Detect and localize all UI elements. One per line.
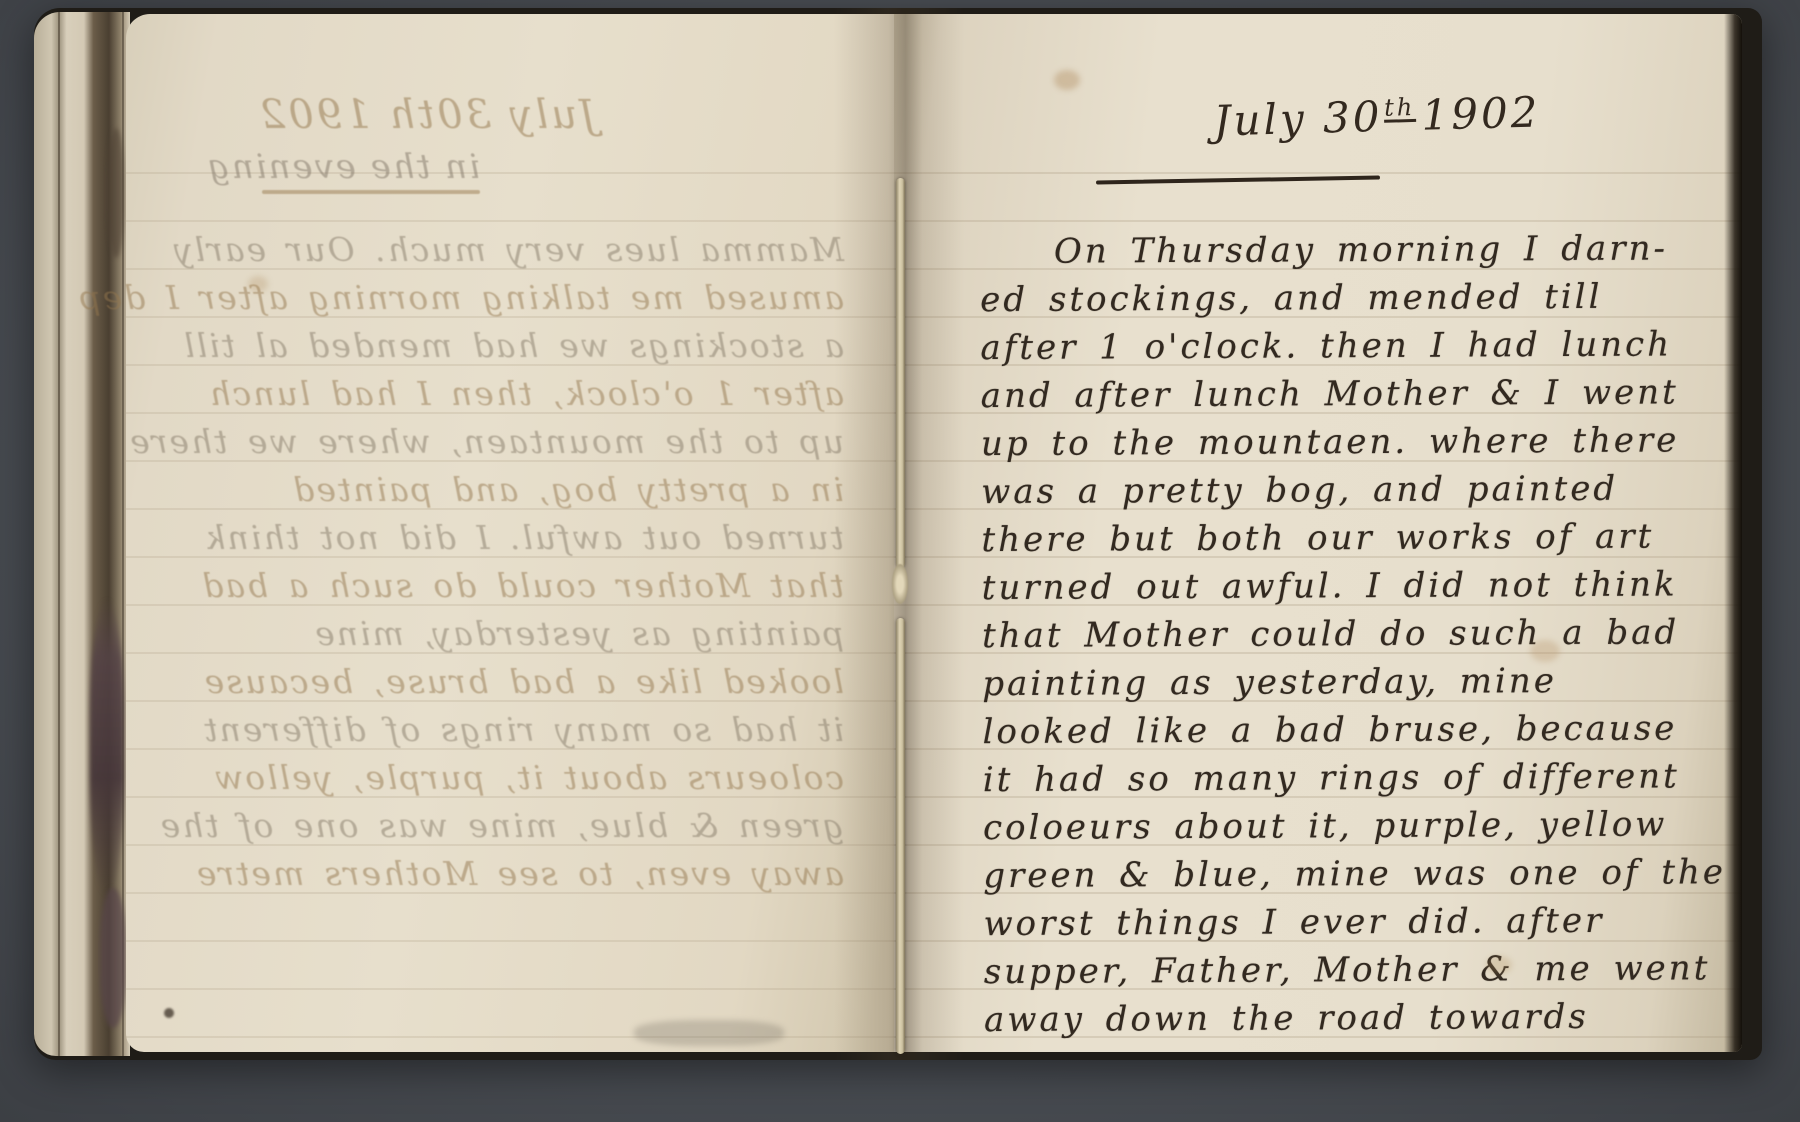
entry-line: painting as yesterday, mine <box>982 656 1782 708</box>
scanned-diary-photo: July 30th 1902 in the evening Mamma lues… <box>0 0 1800 1122</box>
ink-smudge <box>100 888 126 1028</box>
ghost-line: painting as yesterday, mine <box>120 610 884 658</box>
ghost-underline <box>262 190 480 194</box>
entry-date-ordinal: th <box>1384 95 1416 123</box>
entry-line: worst things I ever did. after <box>983 896 1783 948</box>
binding-thread-knot <box>892 564 908 604</box>
entry-line: after 1 o'clock. then I had lunch <box>980 320 1780 372</box>
ghost-line: in a pretty bog, and painted <box>120 466 884 514</box>
ghost-line: after 1 o'clock, then I had lunch <box>120 370 884 418</box>
entry-line: On Thursday morning I darn- <box>980 224 1780 276</box>
foxing-spot <box>1054 70 1080 90</box>
ghost-text-block: Mamma lues very much. Our early amused m… <box>120 226 884 898</box>
ghost-heading: July 30th 1902 <box>120 92 884 138</box>
ghost-subheading: in the evening <box>120 138 884 190</box>
entry-line: coloeurs about it, purple, yellow <box>983 800 1783 852</box>
page-edge-line <box>58 12 60 1056</box>
notebook: July 30th 1902 in the evening Mamma lues… <box>34 8 1762 1060</box>
entry-line: turned out awful. I did not think <box>982 560 1782 612</box>
entry-line: was a pretty bog, and painted <box>981 464 1781 516</box>
ink-speck <box>164 1008 174 1018</box>
entry-date-year: 1902 <box>1421 87 1541 139</box>
entry-line: up to the mountaen. where there <box>981 416 1781 468</box>
ink-smudge <box>90 598 124 898</box>
entry-line: there but both our works of art <box>981 512 1781 564</box>
foxing-spot <box>248 276 268 292</box>
entry-line: that Mother could do such a bad <box>982 608 1782 660</box>
entry-date-day: July 30 <box>1213 92 1383 146</box>
ghost-line: coloeurs about it, purple, yellow <box>120 754 884 802</box>
ghost-text-header: July 30th 1902 in the evening <box>120 92 884 194</box>
binding-thread-bottom <box>896 618 905 1054</box>
ghost-line: it had so many rings of different <box>120 706 884 754</box>
ghost-line: Mamma lues very much. Our early <box>120 226 884 274</box>
ghost-line: a stockings we had mended al till <box>120 322 884 370</box>
ghost-line: up to the mountaen, where we there <box>120 418 884 466</box>
entry-line: ed stockings, and mended till <box>980 272 1780 324</box>
entry-heading-row: July 30th1902 <box>982 89 1772 144</box>
ghost-line: away even, to see Mothers metre <box>120 850 884 898</box>
entry-line: and after lunch Mother & I went <box>981 368 1781 420</box>
binding-thread-top <box>896 178 905 568</box>
ghost-line: green & blue, mine was one of the <box>120 802 884 850</box>
ghost-line: amused me talking morning after I dep <box>120 274 884 322</box>
foxing-spot <box>1530 640 1560 662</box>
entry-line: it had so many rings of different <box>983 752 1783 804</box>
ghost-line: turned out awful. I did not think <box>120 514 884 562</box>
entry-line: away down the road towards <box>984 992 1784 1044</box>
foxing-spot <box>1486 956 1512 974</box>
entry-line: looked like a bad bruse, because <box>982 704 1782 756</box>
ghost-line: that Mother could do such a bad <box>120 562 884 610</box>
entry-line: supper, Father, Mother & me went <box>984 944 1784 996</box>
entry-line: green & blue, mine was one of the <box>983 848 1783 900</box>
ghost-line: looked like a bad bruse, because <box>120 658 884 706</box>
entry-body: On Thursday morning I darn- ed stockings… <box>980 224 1784 1044</box>
smudge-stain <box>634 1020 784 1046</box>
